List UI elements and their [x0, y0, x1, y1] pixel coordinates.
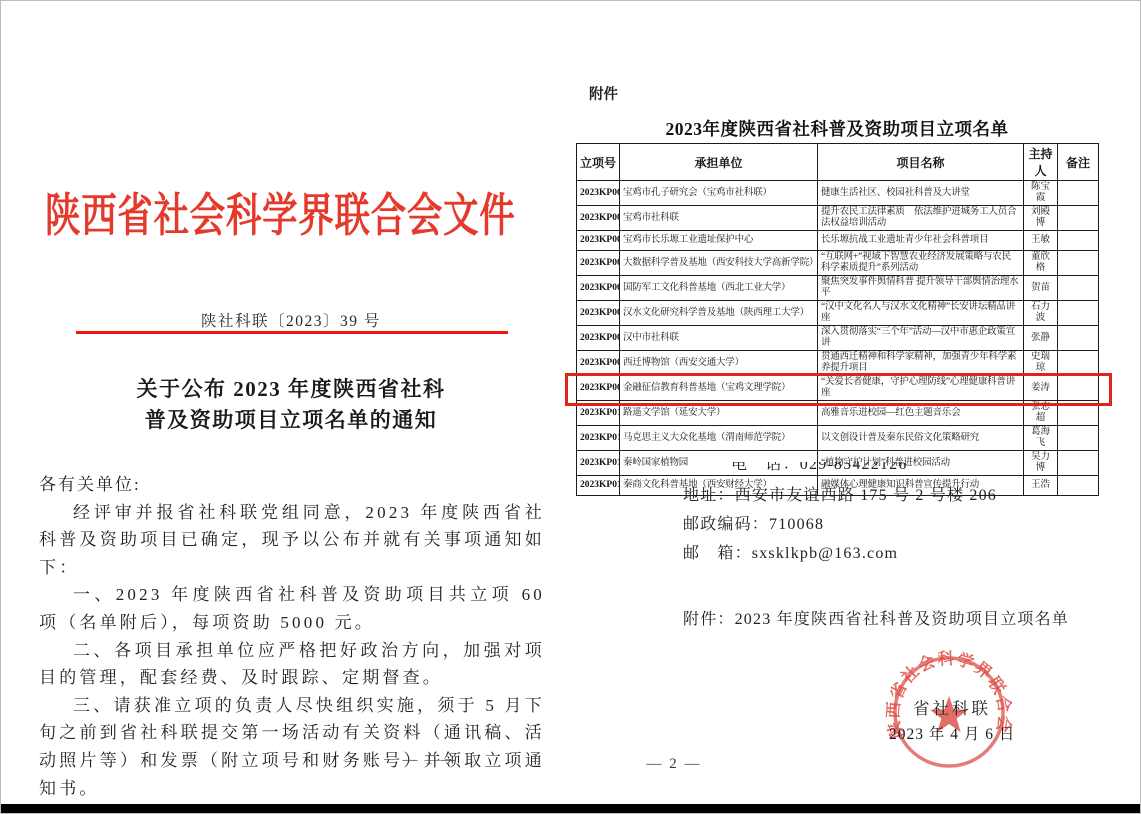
scan-bottom-bar	[1, 804, 1140, 814]
page-2: 附件 2023年度陕西省社科普及资助项目立项名单 立项号 承担单位 项目名称 主…	[561, 1, 1141, 813]
salutation: 各有关单位:	[39, 471, 545, 499]
table-cell: 2023KP004	[577, 251, 620, 276]
col-header-project-name: 项目名称	[818, 144, 1024, 181]
table-cell: 宝鸡市长乐塬工业遗址保护中心	[620, 231, 818, 251]
signer-name: 省社科联	[913, 695, 991, 719]
org-header-title: 陕西省社会科学界联合会文件	[45, 179, 515, 245]
paragraph: 经评审并报省社科联党组同意，2023 年度陕西省社科普及资助项目已确定，现予以公…	[39, 499, 545, 582]
table-row: 2023KP008西迁博物馆（西安交通大学）贯通西迁精神和科学家精神，加强青少年…	[577, 351, 1099, 376]
table-cell: 健康生活社区、校园社科普及大讲堂	[818, 181, 1024, 206]
table-row: 2023KP006汉水文化研究科学普及基地（陕西理工大学）“汉中文化名人与汉水文…	[577, 301, 1099, 326]
notice-title-line1: 关于公布 2023 年度陕西省社科	[31, 374, 551, 405]
col-header-leader: 主持人	[1024, 144, 1058, 181]
table-cell	[1058, 401, 1099, 426]
table-cell: 2023KP012	[577, 451, 620, 476]
project-table-header: 立项号 承担单位 项目名称 主持人 备注	[577, 144, 1099, 181]
table-cell: 长乐塬抗战工业遗址青少年社会科普项目	[818, 231, 1024, 251]
table-cell	[1058, 426, 1099, 451]
table-cell: “互联网+”视域下智慧农业经济发展策略与农民科学素质提升”系列活动	[818, 251, 1024, 276]
table-cell: 2023KP007	[577, 326, 620, 351]
table-row: 2023KP009金融征信教育科普基地（宝鸡文理学院）“关爱长者健康，守护心理防…	[577, 376, 1099, 401]
table-cell	[1058, 451, 1099, 476]
table-cell	[1058, 206, 1099, 231]
table-row: 2023KP007汉中市社科联深入贯彻落实“三个年”活动—汉中市惠企政策宣讲张静	[577, 326, 1099, 351]
table-cell: 汉水文化研究科学普及基地（陕西理工大学）	[620, 301, 818, 326]
email-line: 邮 箱：sxsklkpb@163.com	[683, 539, 997, 568]
table-cell: 王浩	[1024, 476, 1058, 496]
table-cell: 提升农民工法律素质 依法维护进城务工人员合法权益培训活动	[818, 206, 1024, 231]
table-cell: 大数据科学普及基地（西安科技大学高新学院）	[620, 251, 818, 276]
paragraph: 二、各项目承担单位应严格把好政治方向，加强对项目的管理，配套经费、及时跟踪、定期…	[39, 637, 545, 692]
table-cell: 石力波	[1024, 301, 1058, 326]
table-row: 2023KP010路遥文学馆（延安大学）高雅音乐进校园—红色主题音乐会张志超	[577, 401, 1099, 426]
table-cell: 2023KP013	[577, 476, 620, 496]
table-cell: 史瑞琼	[1024, 351, 1058, 376]
table-cell: 2023KP003	[577, 231, 620, 251]
table-cell	[1058, 276, 1099, 301]
project-table-body: 2023KP001宝鸡市孔子研究会（宝鸡市社科联）健康生活社区、校园社科普及大讲…	[577, 181, 1099, 496]
project-table: 立项号 承担单位 项目名称 主持人 备注 2023KP001宝鸡市孔子研究会（宝…	[576, 143, 1099, 496]
phone-line-clipped: 电 话：029-85422126	[731, 462, 997, 472]
col-header-undertaker: 承担单位	[620, 144, 818, 181]
address-line: 地址：西安市友谊西路 175 号 2 号楼 206	[683, 481, 997, 510]
doc-number: 陕社科联〔2023〕39 号	[31, 309, 551, 331]
table-cell: 以文创设计普及秦东民俗文化策略研究	[818, 426, 1024, 451]
col-header-remark: 备注	[1058, 144, 1099, 181]
paragraph: 一、2023 年度陕西省社科普及资助项目共立项 60 项（名单附后），每项资助 …	[39, 581, 545, 636]
table-row: 2023KP011马克思主义大众化基地（渭南师范学院）以文创设计普及秦东民俗文化…	[577, 426, 1099, 451]
table-cell: 聚焦突发事件舆情科普 提升领导干部舆情治理水平	[818, 276, 1024, 301]
table-cell: 张静	[1024, 326, 1058, 351]
table-cell: 张志超	[1024, 401, 1058, 426]
table-cell: 高雅音乐进校园—红色主题音乐会	[818, 401, 1024, 426]
table-cell: 姜涛	[1024, 376, 1058, 401]
contact-block: 电 话：029-85422126 地址：西安市友谊西路 175 号 2 号楼 2…	[683, 462, 997, 568]
table-cell: 刘殿博	[1024, 206, 1058, 231]
table-cell: 2023KP011	[577, 426, 620, 451]
table-cell: 深入贯彻落实“三个年”活动—汉中市惠企政策宣讲	[818, 326, 1024, 351]
page-2-number: — 2 —	[619, 756, 729, 773]
page-1: 陕西省社会科学界联合会文件 陕社科联〔2023〕39 号 关于公布 2023 年…	[31, 1, 551, 813]
table-cell: 马克思主义大众化基地（渭南师范学院）	[620, 426, 818, 451]
table-cell: 董欣格	[1024, 251, 1058, 276]
table-cell: 西迁博物馆（西安交通大学）	[620, 351, 818, 376]
postcode-line: 邮政编码：710068	[683, 510, 997, 539]
table-cell: 2023KP008	[577, 351, 620, 376]
col-header-project-id: 立项号	[577, 144, 620, 181]
table-cell: 贯通西迁精神和科学家精神，加强青少年科学素养提升项目	[818, 351, 1024, 376]
page-1-number: — 1 —	[375, 752, 485, 769]
scanned-document: 陕西省社会科学界联合会文件 陕社科联〔2023〕39 号 关于公布 2023 年…	[0, 0, 1141, 814]
table-header-row: 立项号 承担单位 项目名称 主持人 备注	[577, 144, 1099, 181]
sign-date: 2023 年 4 月 6 日	[889, 722, 1015, 744]
table-cell	[1058, 231, 1099, 251]
table-row: 2023KP005国防军工文化科普基地（西北工业大学）聚焦突发事件舆情科普 提升…	[577, 276, 1099, 301]
table-cell: 陈宝霞	[1024, 181, 1058, 206]
table-row: 2023KP001宝鸡市孔子研究会（宝鸡市社科联）健康生活社区、校园社科普及大讲…	[577, 181, 1099, 206]
attachment-note: 附件：2023 年度陕西省社科普及资助项目立项名单	[683, 606, 1069, 629]
table-cell	[1058, 376, 1099, 401]
table-cell	[1058, 181, 1099, 206]
table-cell: 路遥文学馆（延安大学）	[620, 401, 818, 426]
table-cell: 国防军工文化科普基地（西北工业大学）	[620, 276, 818, 301]
table-cell: 宝鸡市孔子研究会（宝鸡市社科联）	[620, 181, 818, 206]
table-row: 2023KP004大数据科学普及基地（西安科技大学高新学院）“互联网+”视域下智…	[577, 251, 1099, 276]
table-cell	[1058, 326, 1099, 351]
table-cell: 2023KP001	[577, 181, 620, 206]
table-cell: 吴力博	[1024, 451, 1058, 476]
table-cell: 王敏	[1024, 231, 1058, 251]
table-cell: 2023KP009	[577, 376, 620, 401]
table-cell	[1058, 251, 1099, 276]
table-title: 2023年度陕西省社科普及资助项目立项名单	[576, 116, 1098, 141]
table-cell: 贺苗	[1024, 276, 1058, 301]
attachment-label: 附件	[589, 83, 618, 104]
table-cell: 宝鸡市社科联	[620, 206, 818, 231]
notice-title-line2: 普及资助项目立项名单的通知	[31, 405, 551, 436]
table-cell: “汉中文化名人与汉水文化精神”长安讲坛精品讲座	[818, 301, 1024, 326]
table-cell: 2023KP006	[577, 301, 620, 326]
table-row: 2023KP002宝鸡市社科联提升农民工法律素质 依法维护进城务工人员合法权益培…	[577, 206, 1099, 231]
table-cell: “关爱长者健康，守护心理防线”心理健康科普讲座	[818, 376, 1024, 401]
notice-title: 关于公布 2023 年度陕西省社科 普及资助项目立项名单的通知	[31, 374, 551, 436]
table-cell: 2023KP010	[577, 401, 620, 426]
table-cell: 2023KP002	[577, 206, 620, 231]
paragraph: 三、请获准立项的负责人尽快组织实施，须于 5 月下旬之前到省社科联提交第一场活动…	[39, 692, 545, 802]
table-cell: 金融征信教育科普基地（宝鸡文理学院）	[620, 376, 818, 401]
table-cell: 2023KP005	[577, 276, 620, 301]
table-cell	[1058, 476, 1099, 496]
table-cell: 汉中市社科联	[620, 326, 818, 351]
table-cell	[1058, 301, 1099, 326]
red-separator-line	[76, 331, 508, 334]
table-cell	[1058, 351, 1099, 376]
table-cell: 葛海飞	[1024, 426, 1058, 451]
table-row: 2023KP003宝鸡市长乐塬工业遗址保护中心长乐塬抗战工业遗址青少年社会科普项…	[577, 231, 1099, 251]
